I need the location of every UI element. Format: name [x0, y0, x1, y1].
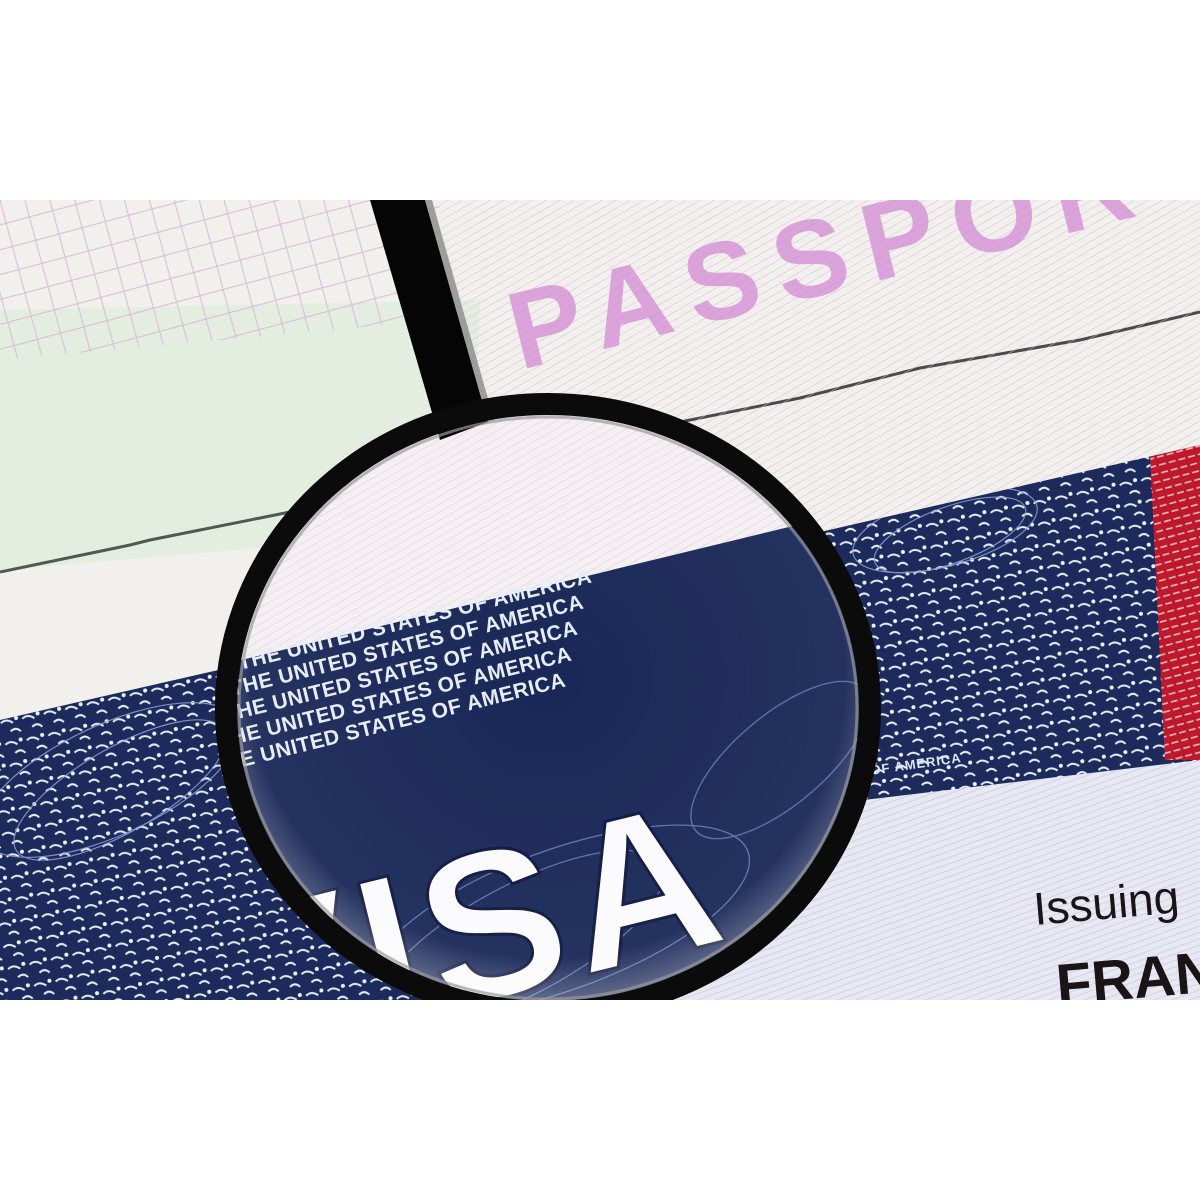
- scene-graphic: PASSPOR THE UNITED STATES OF AMERICA Iss…: [0, 200, 1200, 1000]
- photo: PASSPOR THE UNITED STATES OF AMERICA Iss…: [0, 200, 1200, 1000]
